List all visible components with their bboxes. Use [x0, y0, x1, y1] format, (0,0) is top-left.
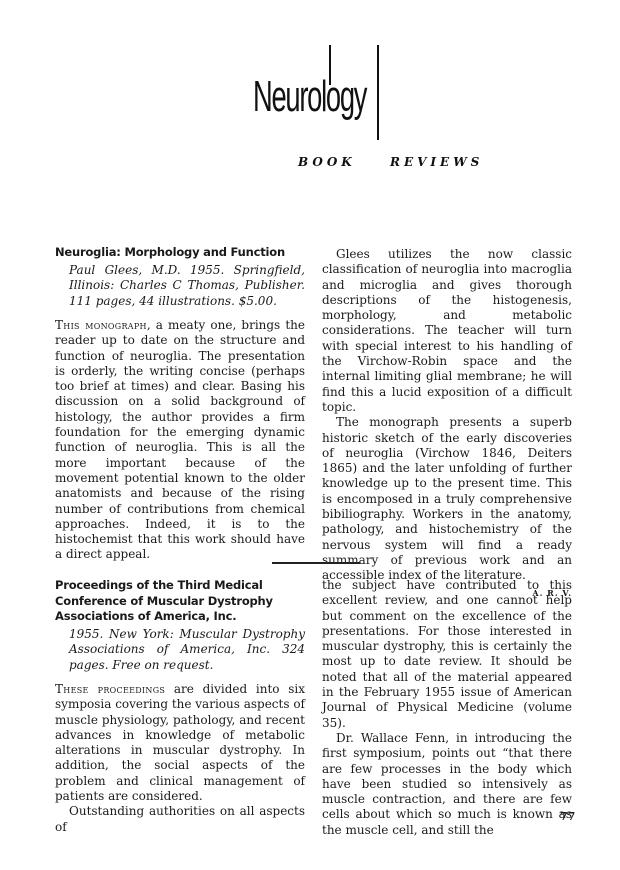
- review-body: These proceedings are divided into six s…: [55, 682, 305, 835]
- section-divider: [272, 562, 360, 564]
- paragraph: the subject have contributed to this exc…: [322, 578, 572, 731]
- review-title: Proceedings of the Third Medical Confere…: [55, 578, 305, 625]
- paragraph: Dr. Wallace Fenn, in introducing the fir…: [322, 731, 572, 838]
- section-subtitle-book: BOOK: [298, 155, 356, 169]
- review-2-left-column: Proceedings of the Third Medical Confere…: [55, 578, 305, 835]
- section-subtitle-reviews: REVIEWS: [390, 155, 483, 169]
- lead-in: This monograph: [55, 318, 147, 332]
- review-body: This monograph, a meaty one, brings the …: [55, 318, 305, 563]
- masthead: Neurology BOOK REVIEWS: [0, 0, 620, 200]
- paragraph: Outstanding authorities on all aspects o…: [55, 804, 305, 835]
- paragraph: The monograph presents a superb historic…: [322, 415, 572, 583]
- paragraph: Glees utilizes the now classic classific…: [322, 247, 572, 415]
- review-citation: 1955. New York: Muscular Dystrophy Assoc…: [69, 627, 305, 674]
- masthead-vertical-rule: [377, 45, 379, 140]
- review-citation: Paul Glees, M.D. 1955. Springfield, Illi…: [69, 263, 305, 310]
- paragraph: These proceedings are divided into six s…: [55, 682, 305, 804]
- paragraph: This monograph, a meaty one, brings the …: [55, 318, 305, 563]
- review-title: Neuroglia: Morphology and Function: [55, 245, 305, 261]
- section-title: Neurology: [253, 72, 366, 122]
- review-1-right-column: Glees utilizes the now classic classific…: [322, 247, 572, 601]
- page-number: 77: [560, 810, 575, 823]
- review-2-right-column: the subject have contributed to this exc…: [322, 578, 572, 838]
- lead-in: These proceedings: [55, 682, 165, 696]
- review-1-left-column: Neuroglia: Morphology and Function Paul …: [55, 245, 305, 563]
